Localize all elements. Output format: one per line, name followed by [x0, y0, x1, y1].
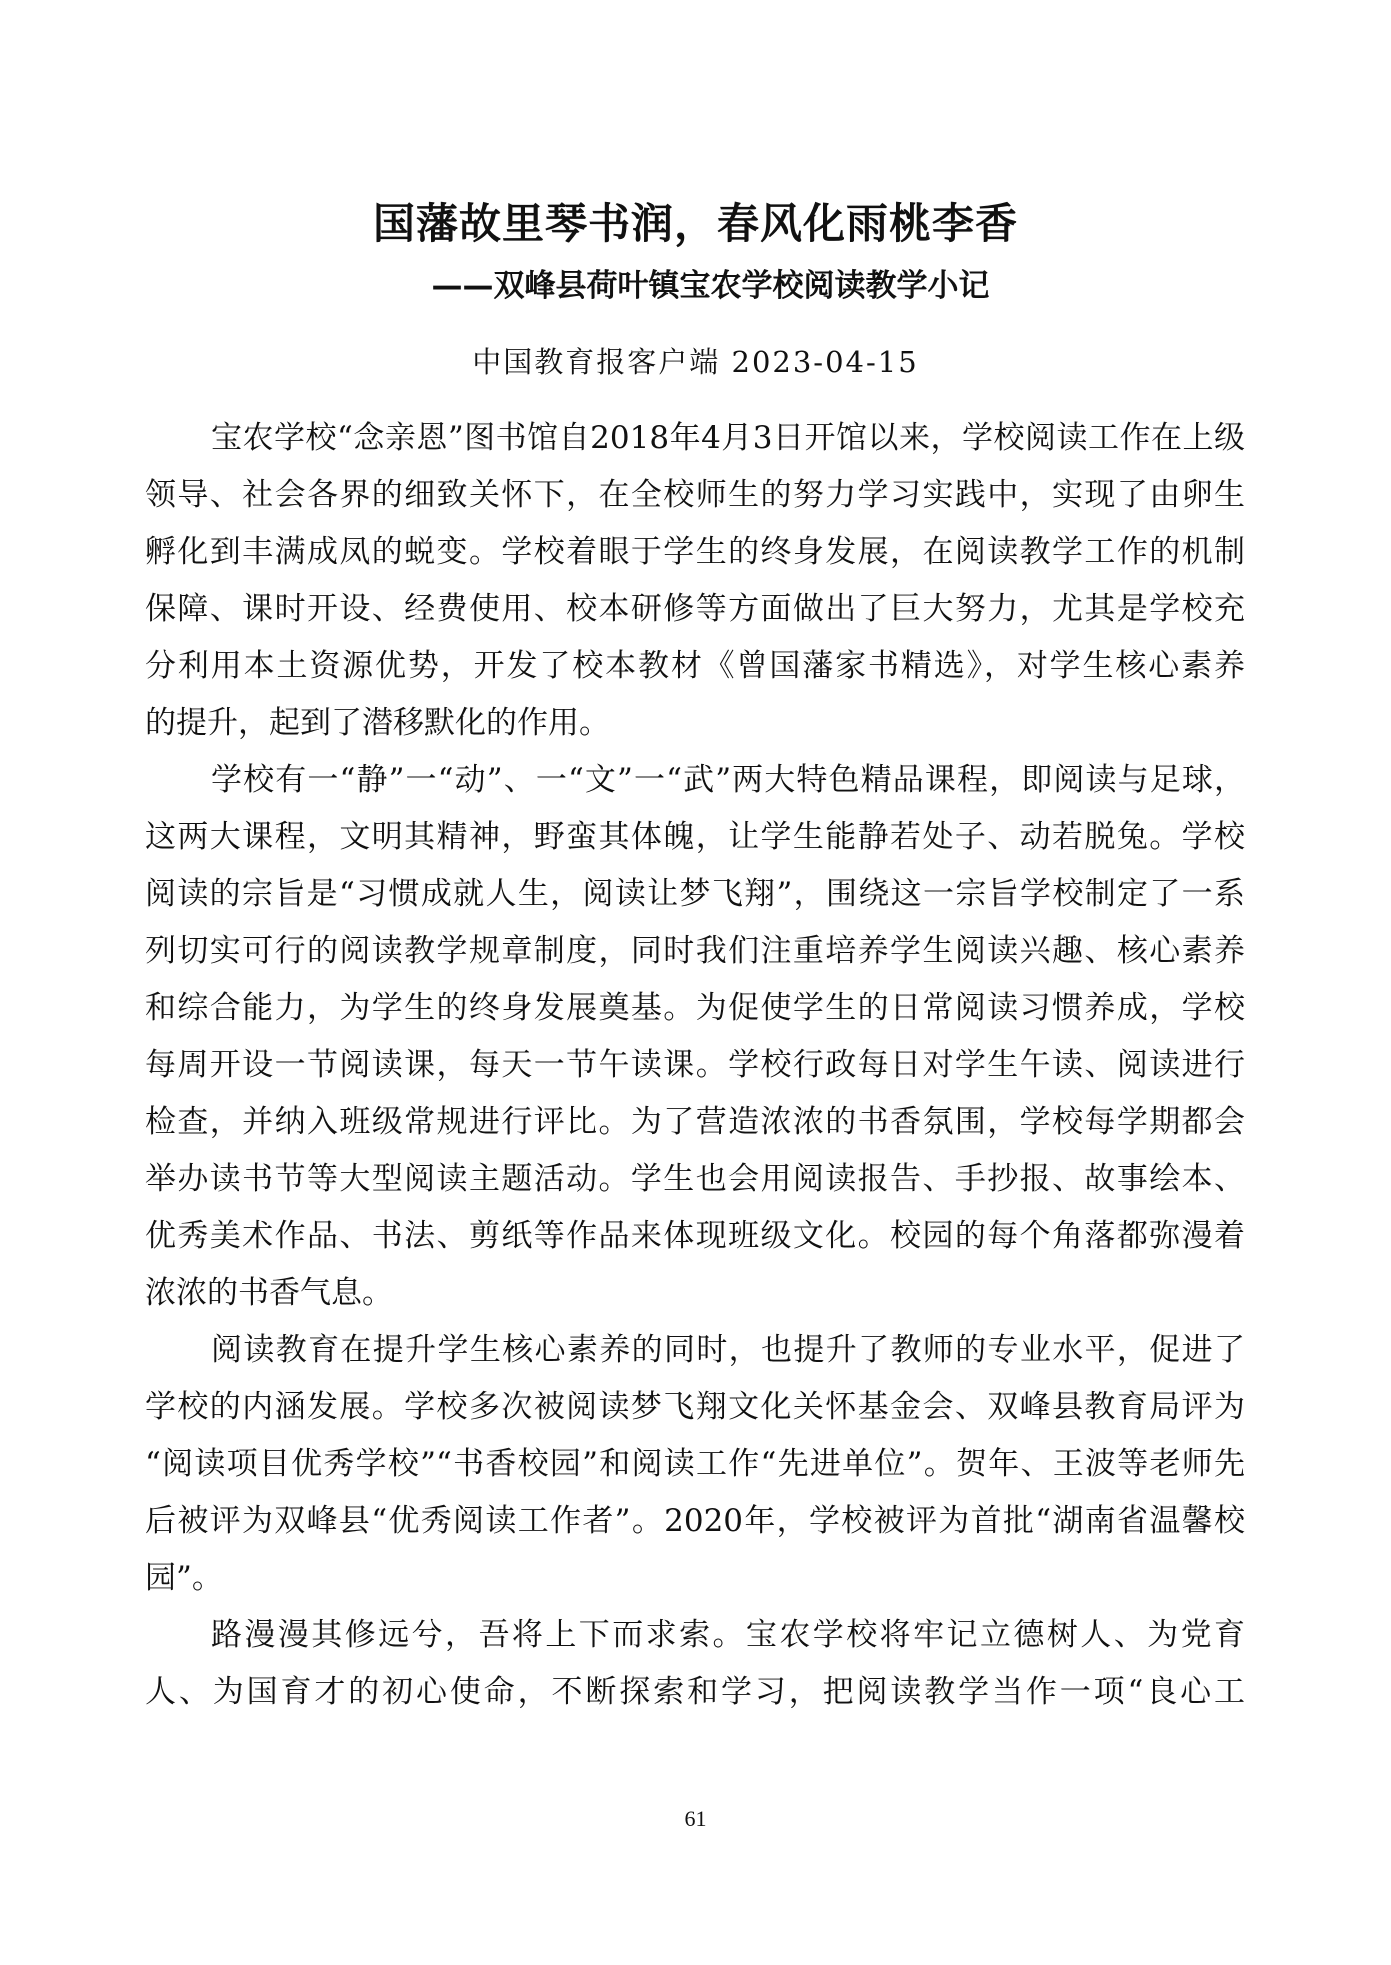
- paragraph-1: 宝农学校“念亲恩”图书馆自2018年4月3日开馆以来，学校阅读工作在上级 领导、…: [145, 410, 1245, 752]
- text-line: 保障、课时开设、经费使用、校本研修等方面做出了巨大努力，尤其是学校充: [145, 581, 1245, 638]
- text-line: 学校有一“静”一“动”、一“文”一“武”两大特色精品课程，即阅读与足球，: [145, 752, 1245, 809]
- document-page: 国藩故里琴书润，春风化雨桃李香 ——双峰县荷叶镇宝农学校阅读教学小记 中国教育报…: [0, 0, 1391, 1965]
- text-line: 阅读的宗旨是“习惯成就人生，阅读让梦飞翔”，围绕这一宗旨学校制定了一系: [145, 866, 1245, 923]
- text-line: 路漫漫其修远兮，吾将上下而求索。宝农学校将牢记立德树人、为党育: [145, 1607, 1245, 1664]
- text-line: 举办读书节等大型阅读主题活动。学生也会用阅读报告、手抄报、故事绘本、: [145, 1151, 1245, 1208]
- text-line: 优秀美术作品、书法、剪纸等作品来体现班级文化。校园的每个角落都弥漫着: [145, 1208, 1245, 1265]
- text-line: “阅读项目优秀学校”“书香校园”和阅读工作“先进单位”。贺年、王波等老师先: [145, 1436, 1245, 1493]
- text-line: 阅读教育在提升学生核心素养的同时，也提升了教师的专业水平，促进了: [145, 1322, 1245, 1379]
- paragraph-4: 路漫漫其修远兮，吾将上下而求索。宝农学校将牢记立德树人、为党育 人、为国育才的初…: [145, 1607, 1245, 1721]
- text-line: 后被评为双峰县“优秀阅读工作者”。2020年，学校被评为首批“湖南省温馨校: [145, 1493, 1245, 1550]
- text-line: 每周开设一节阅读课，每天一节午读课。学校行政每日对学生午读、阅读进行: [145, 1037, 1245, 1094]
- text-line: 学校的内涵发展。学校多次被阅读梦飞翔文化关怀基金会、双峰县教育局评为: [145, 1379, 1245, 1436]
- text-line: 浓浓的书香气息。: [145, 1265, 1245, 1322]
- article-body: 宝农学校“念亲恩”图书馆自2018年4月3日开馆以来，学校阅读工作在上级 领导、…: [145, 410, 1245, 1721]
- text-line: 领导、社会各界的细致关怀下，在全校师生的努力学习实践中，实现了由卵生: [145, 467, 1245, 524]
- text-line: 园”。: [145, 1550, 1245, 1607]
- text-line: 的提升，起到了潜移默化的作用。: [145, 695, 1245, 752]
- page-number: 61: [0, 1804, 1391, 1834]
- text-line: 列切实可行的阅读教学规章制度，同时我们注重培养学生阅读兴趣、核心素养: [145, 923, 1245, 980]
- text-line: 孵化到丰满成凤的蜕变。学校着眼于学生的终身发展，在阅读教学工作的机制: [145, 524, 1245, 581]
- text-line: 分利用本土资源优势，开发了校本教材《曾国藩家书精选》，对学生核心素养: [145, 638, 1245, 695]
- text-line: 人、为国育才的初心使命，不断探索和学习，把阅读教学当作一项“良心工: [145, 1664, 1245, 1721]
- article-title: 国藩故里琴书润，春风化雨桃李香: [0, 196, 1391, 252]
- text-line: 检查，并纳入班级常规进行评比。为了营造浓浓的书香氛围，学校每学期都会: [145, 1094, 1245, 1151]
- text-line: 这两大课程，文明其精神，野蛮其体魄，让学生能静若处子、动若脱兔。学校: [145, 809, 1245, 866]
- article-subtitle: ——双峰县荷叶镇宝农学校阅读教学小记: [0, 264, 1391, 308]
- article-byline: 中国教育报客户端 2023-04-15: [0, 340, 1391, 384]
- text-line: 和综合能力，为学生的终身发展奠基。为促使学生的日常阅读习惯养成，学校: [145, 980, 1245, 1037]
- paragraph-2: 学校有一“静”一“动”、一“文”一“武”两大特色精品课程，即阅读与足球， 这两大…: [145, 752, 1245, 1322]
- text-line: 宝农学校“念亲恩”图书馆自2018年4月3日开馆以来，学校阅读工作在上级: [145, 410, 1245, 467]
- paragraph-3: 阅读教育在提升学生核心素养的同时，也提升了教师的专业水平，促进了 学校的内涵发展…: [145, 1322, 1245, 1607]
